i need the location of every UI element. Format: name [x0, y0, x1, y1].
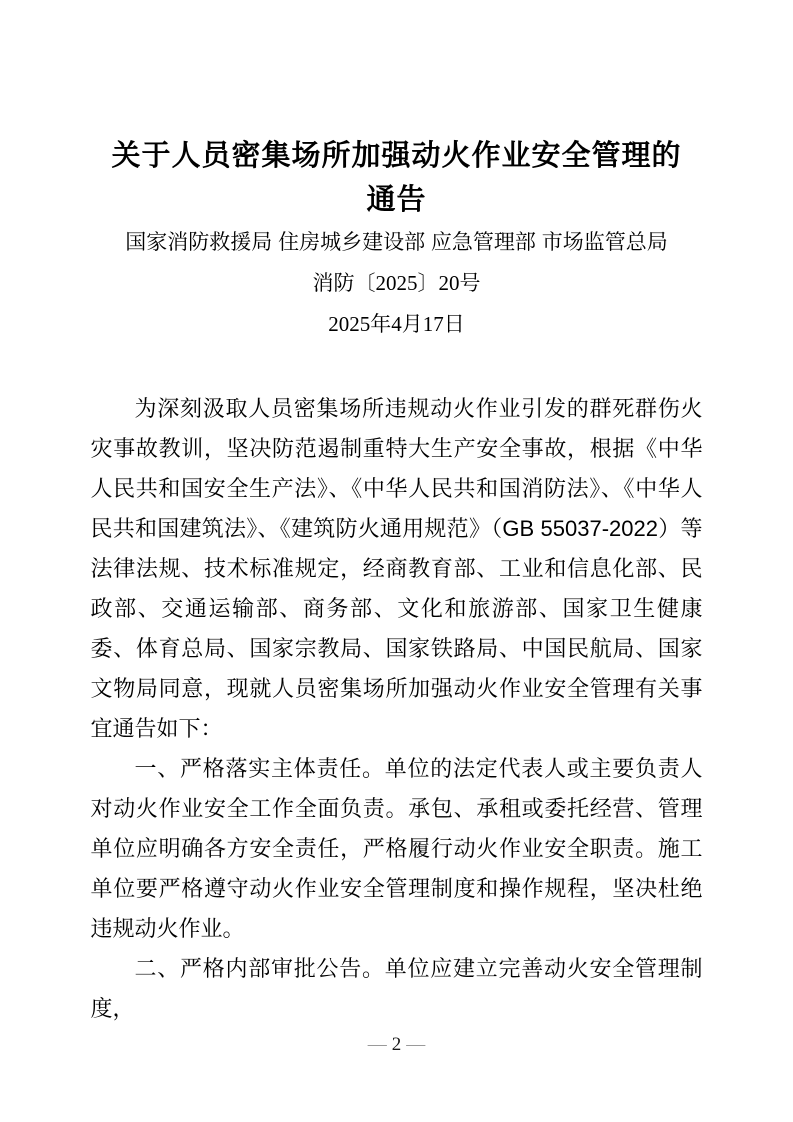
- document-title: 关于人员密集场所加强动火作业安全管理的 通告: [91, 134, 703, 222]
- document-number: 消防〔2025〕20号: [91, 263, 703, 304]
- document-title-line-2: 通告: [91, 178, 703, 222]
- page-number: 2: [392, 1034, 402, 1055]
- page-footer: —2—: [0, 1033, 793, 1057]
- issuing-agencies: 国家消防救援局 住房城乡建设部 应急管理部 市场监管总局: [91, 222, 703, 263]
- footer-dash-left: —: [368, 1034, 387, 1055]
- document-meta: 国家消防救援局 住房城乡建设部 应急管理部 市场监管总局 消防〔2025〕20号…: [91, 222, 703, 345]
- body-paragraph-1: 为深刻汲取人员密集场所违规动火作业引发的群死群伤火灾事故教训，坚决防范遏制重特大…: [91, 389, 703, 749]
- document-content: 关于人员密集场所加强动火作业安全管理的 通告 国家消防救援局 住房城乡建设部 应…: [91, 134, 703, 1029]
- footer-dash-right: —: [406, 1034, 425, 1055]
- body-paragraph-2: 一、严格落实主体责任。单位的法定代表人或主要负责人对动火作业安全工作全面负责。承…: [91, 749, 703, 949]
- document-date: 2025年4月17日: [91, 304, 703, 345]
- document-page: 关于人员密集场所加强动火作业安全管理的 通告 国家消防救援局 住房城乡建设部 应…: [0, 0, 793, 1122]
- document-body: 为深刻汲取人员密集场所违规动火作业引发的群死群伤火灾事故教训，坚决防范遏制重特大…: [91, 389, 703, 1029]
- document-title-line-1: 关于人员密集场所加强动火作业安全管理的: [91, 134, 703, 178]
- body-paragraph-3: 二、严格内部审批公告。单位应建立完善动火安全管理制度，: [91, 949, 703, 1029]
